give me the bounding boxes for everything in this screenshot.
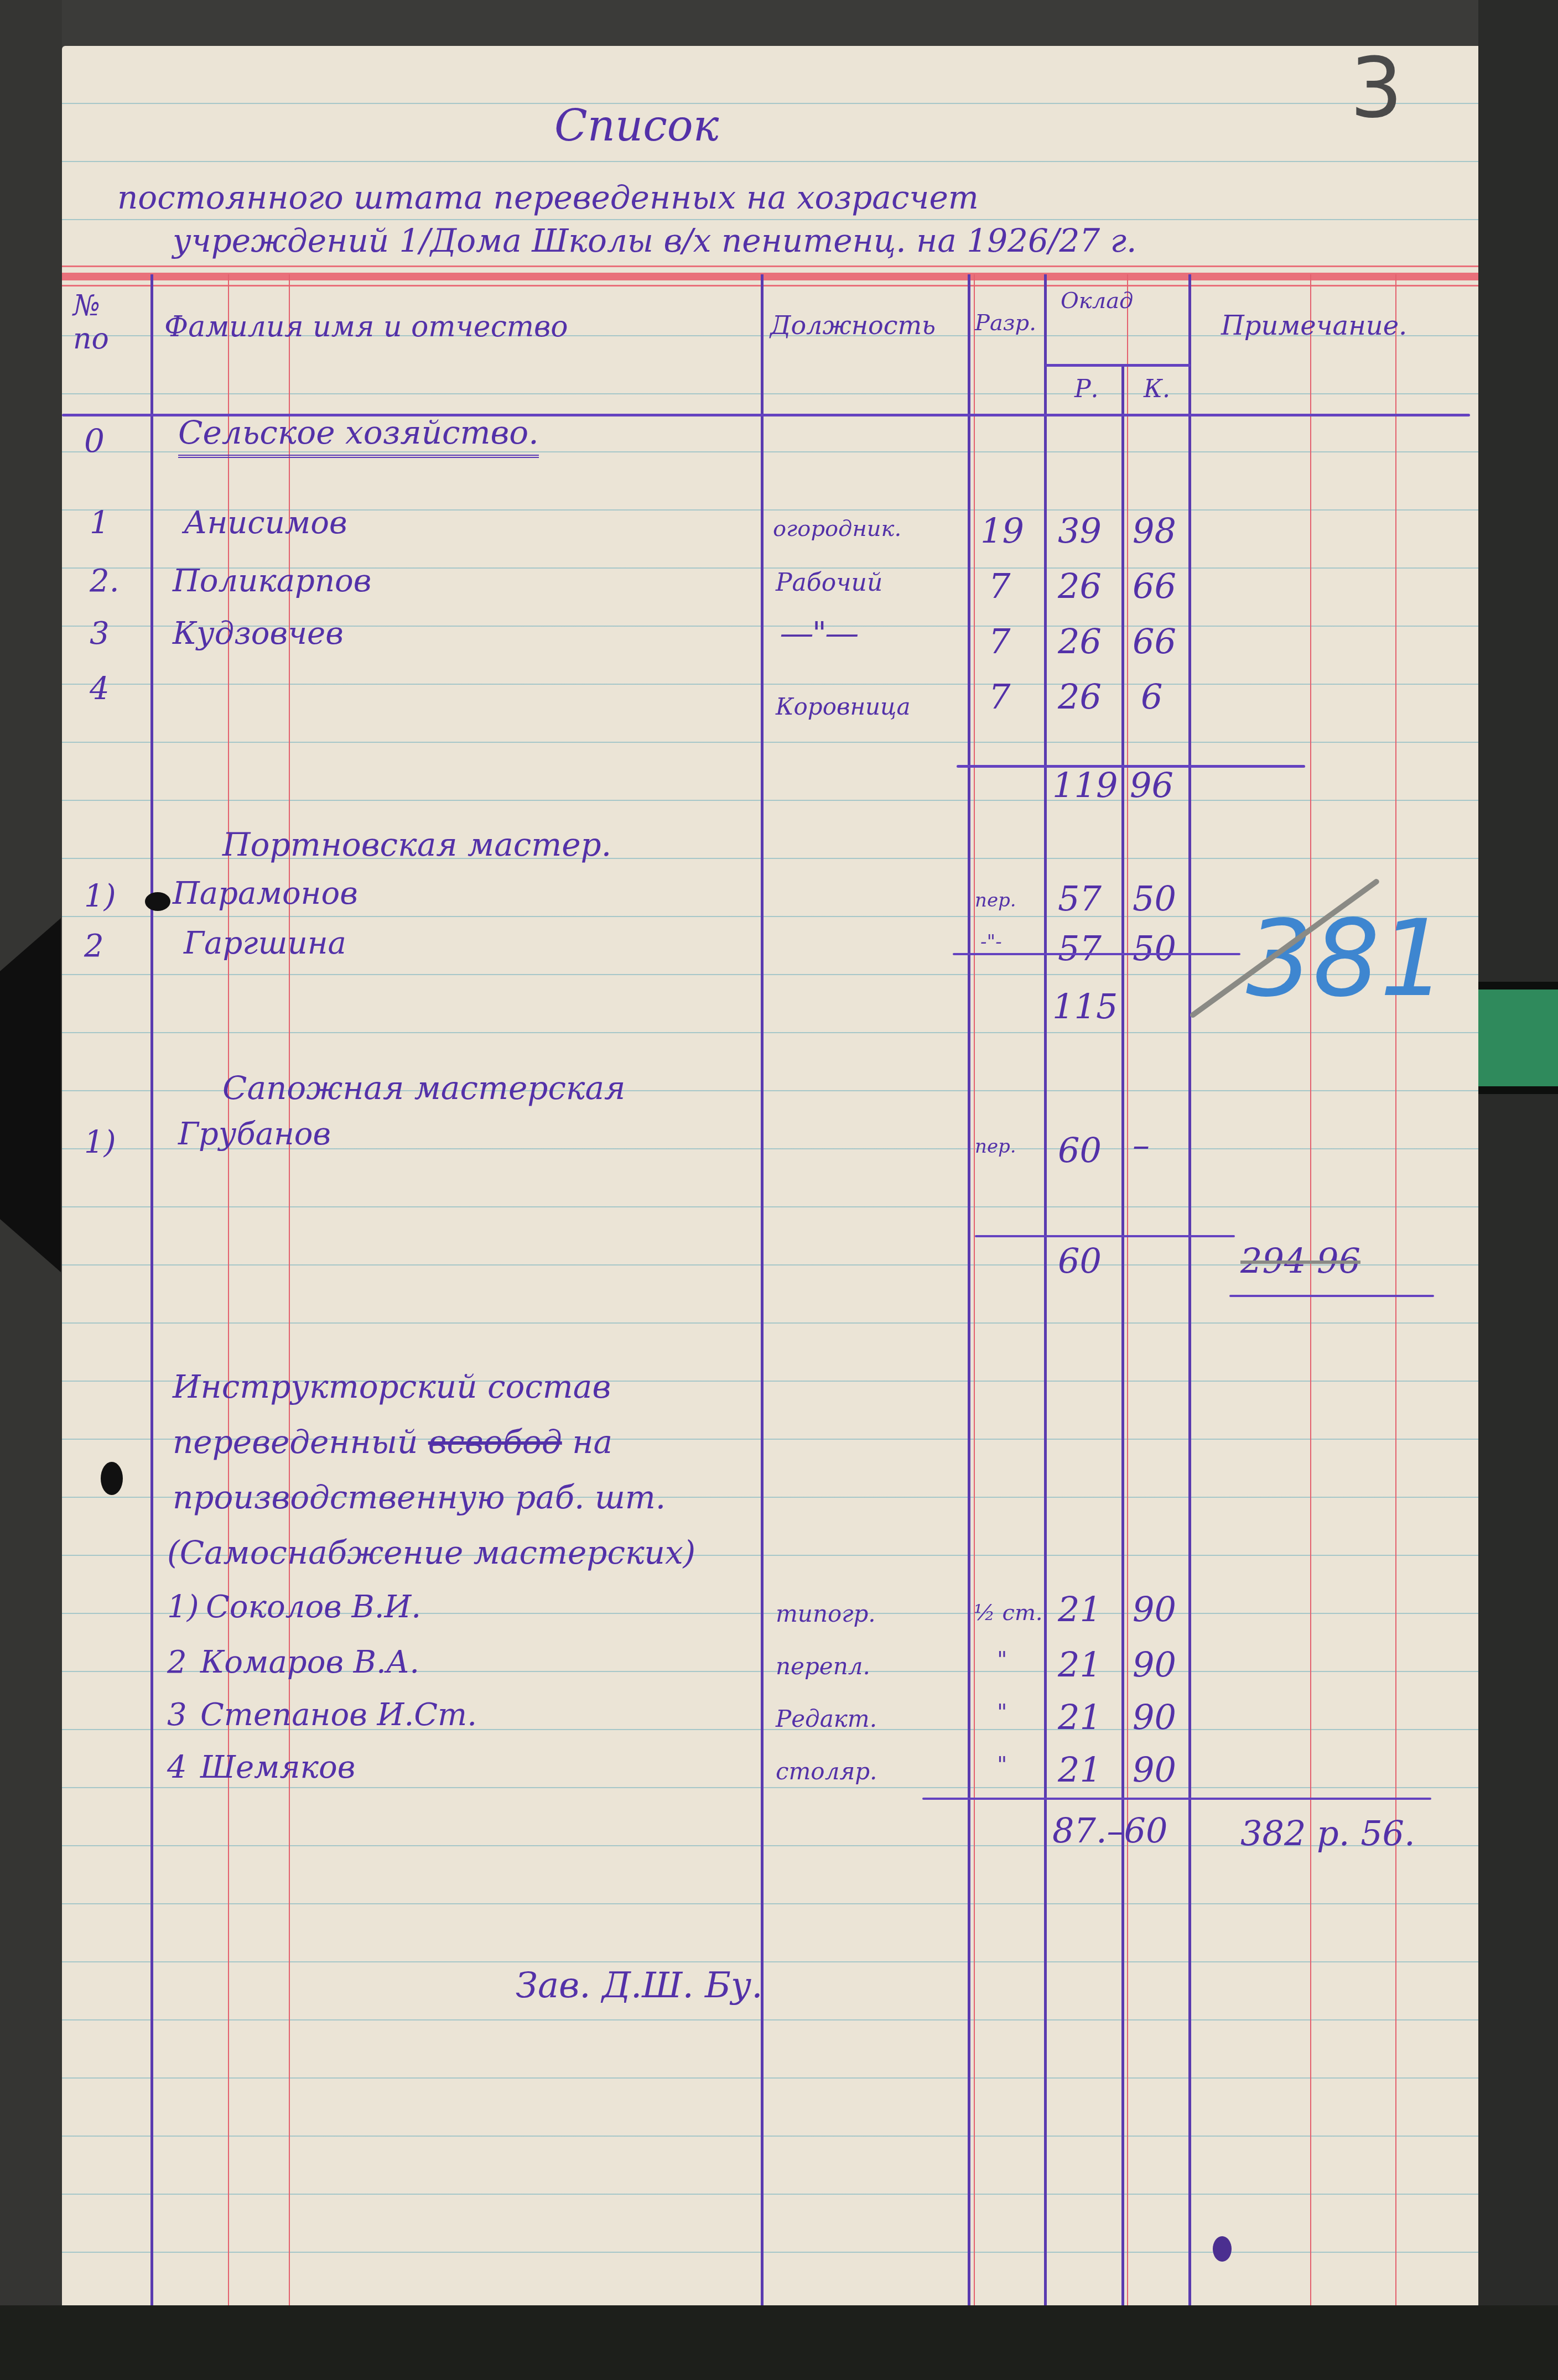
column-line-kop xyxy=(1121,367,1124,2305)
header-position: Должность xyxy=(770,310,936,340)
row-salary-rub: 57 xyxy=(1058,878,1102,919)
row-number: 1) xyxy=(167,1589,199,1625)
row-salary-rub: 21 xyxy=(1058,1697,1102,1737)
subtotal-rub: 119 xyxy=(1052,765,1118,805)
row-name: Парамонов xyxy=(173,876,358,912)
red-rule-bottom xyxy=(62,285,1478,287)
column-line-number xyxy=(150,274,153,2305)
row-name: Соколов В.И. xyxy=(206,1589,421,1625)
row-name: Кудзовчев xyxy=(173,616,344,652)
row-grade: 7 xyxy=(989,566,1010,606)
title-word: на xyxy=(572,1423,612,1461)
document-title: Список xyxy=(554,101,719,151)
margin-rule xyxy=(1127,274,1128,2305)
row-grade: " xyxy=(997,1700,1007,1725)
header-salary-kop: К. xyxy=(1144,375,1170,403)
row-position: Рабочий xyxy=(776,569,882,597)
row-grade: 7 xyxy=(989,676,1010,717)
subtotal-rule xyxy=(953,953,1240,955)
row-number: 1 xyxy=(90,505,110,541)
row-number: 4 xyxy=(167,1749,187,1785)
row-name: Шемяков xyxy=(200,1749,355,1785)
row-salary-rub: 39 xyxy=(1058,511,1102,551)
row-salary-kop: 98 xyxy=(1133,511,1176,551)
row-salary-rub: 60 xyxy=(1058,1130,1102,1170)
row-name: Степанов И.Ст. xyxy=(200,1697,477,1733)
grand-total: 382 р. 56. xyxy=(1240,1813,1415,1853)
margin-note-crossed: 381 xyxy=(1246,898,1447,1020)
subtotal-rub: 60 xyxy=(1058,1241,1102,1281)
row-grade: " xyxy=(997,1752,1007,1778)
section-number: 0 xyxy=(84,422,105,460)
header-note: Примечание. xyxy=(1221,310,1407,341)
section-title-agriculture: Сельское хозяйство. xyxy=(178,414,539,458)
row-salary-kop: 50 xyxy=(1133,878,1176,919)
row-number: 3 xyxy=(167,1697,187,1733)
row-salary-rub: 26 xyxy=(1058,621,1102,662)
subtotal-rub: 115 xyxy=(1052,986,1118,1027)
row-position: типогр. xyxy=(776,1600,876,1627)
section-title-tailor: Портновская мастер. xyxy=(222,826,611,863)
paper-hole xyxy=(101,1462,123,1495)
header-name: Фамилия имя и отчество xyxy=(164,310,568,343)
row-salary-rub: 21 xyxy=(1058,1644,1102,1685)
section-title-instructors-line2: переведенный всвобод на xyxy=(173,1423,612,1461)
row-salary-rub: 21 xyxy=(1058,1749,1102,1790)
row-salary-kop: 90 xyxy=(1133,1697,1176,1737)
section-title-instructors-line4: (Самоснабжение мастерских) xyxy=(167,1534,695,1571)
row-position: ―"― xyxy=(781,616,858,652)
document-subtitle-line2: учреждений 1/Дома Школы в/х пенитенц. на… xyxy=(173,222,1136,259)
row-salary-rub: 21 xyxy=(1058,1589,1102,1629)
row-grade: пер. xyxy=(975,889,1016,912)
row-salary-kop: 66 xyxy=(1133,566,1176,606)
title-word: переведенный xyxy=(173,1423,418,1461)
column-line-note xyxy=(1188,274,1191,2305)
row-salary-kop: 50 xyxy=(1133,928,1176,968)
row-grade: " xyxy=(997,1647,1007,1673)
red-rule-thick xyxy=(62,273,1478,280)
row-position: Редакт. xyxy=(776,1705,877,1732)
row-grade: 7 xyxy=(989,621,1010,662)
section-title-instructors-line3: производственную раб. шт. xyxy=(173,1478,666,1516)
row-position: огородник. xyxy=(773,516,901,541)
subtotal-kop: 96 xyxy=(1130,765,1173,805)
row-position: Коровница xyxy=(776,693,910,720)
row-grade: -"- xyxy=(980,931,1002,953)
row-number: 1) xyxy=(84,1124,116,1160)
row-number: 3 xyxy=(90,616,110,652)
folio-number: 3 xyxy=(1350,40,1403,137)
column-line-rub xyxy=(1044,274,1047,2305)
signature: Зав. Д.Ш. Бу. xyxy=(516,1965,763,2006)
row-salary-kop: 90 xyxy=(1133,1589,1176,1629)
ink-dot xyxy=(1213,2236,1232,2262)
salary-header-divider xyxy=(1045,364,1191,367)
row-name: Комаров В.А. xyxy=(200,1644,419,1680)
row-number: 2 xyxy=(167,1644,187,1680)
margin-rule xyxy=(974,274,975,2305)
row-salary-kop: – xyxy=(1133,1124,1150,1165)
section-title-shoemaker: Сапожная мастерская xyxy=(222,1069,625,1107)
binder-band xyxy=(0,918,61,1272)
margin-note-crossed: 294 96 xyxy=(1240,1241,1360,1281)
row-salary-kop: 90 xyxy=(1133,1749,1176,1790)
row-name: Поликарпов xyxy=(173,563,371,599)
row-number: 2. xyxy=(90,563,119,599)
row-name: Гаргшина xyxy=(184,925,346,961)
row-salary-rub: 26 xyxy=(1058,676,1102,717)
row-grade: ½ ст. xyxy=(974,1600,1043,1626)
subtotal-rule xyxy=(975,1235,1235,1237)
subtotal: 87.–60 xyxy=(1052,1810,1168,1851)
row-number: 1) xyxy=(84,878,116,914)
row-position: перепл. xyxy=(776,1653,870,1680)
row-salary-rub: 57 xyxy=(1058,928,1102,968)
row-salary-kop: 90 xyxy=(1133,1644,1176,1685)
scan-background-right xyxy=(1478,0,1558,2380)
color-calibration-tab xyxy=(1474,982,1558,1094)
header-number: № по xyxy=(73,289,139,356)
column-line-grade xyxy=(968,274,970,2305)
row-grade: 19 xyxy=(980,511,1024,551)
row-name: Грубанов xyxy=(178,1116,331,1152)
margin-rule xyxy=(1310,274,1311,2305)
margin-rule xyxy=(1395,274,1396,2305)
row-salary-kop: 6 xyxy=(1141,676,1162,717)
row-salary-kop: 66 xyxy=(1133,621,1176,662)
row-number: 4 xyxy=(90,671,110,707)
row-grade: пер. xyxy=(975,1136,1016,1158)
row-position: столяр. xyxy=(776,1758,877,1785)
row-name: Анисимов xyxy=(184,505,347,541)
scan-background-bottom xyxy=(0,2305,1558,2380)
header-salary: Оклад xyxy=(1061,288,1133,314)
margin-note-underline xyxy=(1229,1295,1434,1297)
paper-hole xyxy=(145,892,170,911)
header-salary-rub: Р. xyxy=(1074,375,1099,403)
document-page: 3 Список постоянного штата переведенных … xyxy=(62,46,1478,2305)
header-grade: Разр. xyxy=(975,310,1036,336)
section-title-instructors-line1: Инструкторский состав xyxy=(173,1368,611,1405)
red-rule-top xyxy=(62,265,1478,267)
row-number: 2 xyxy=(84,928,104,964)
row-salary-rub: 26 xyxy=(1058,566,1102,606)
title-word-crossed: всвобод xyxy=(428,1423,562,1461)
total-rule xyxy=(922,1798,1431,1800)
document-subtitle-line1: постоянного штата переведенных на хозрас… xyxy=(117,179,979,216)
